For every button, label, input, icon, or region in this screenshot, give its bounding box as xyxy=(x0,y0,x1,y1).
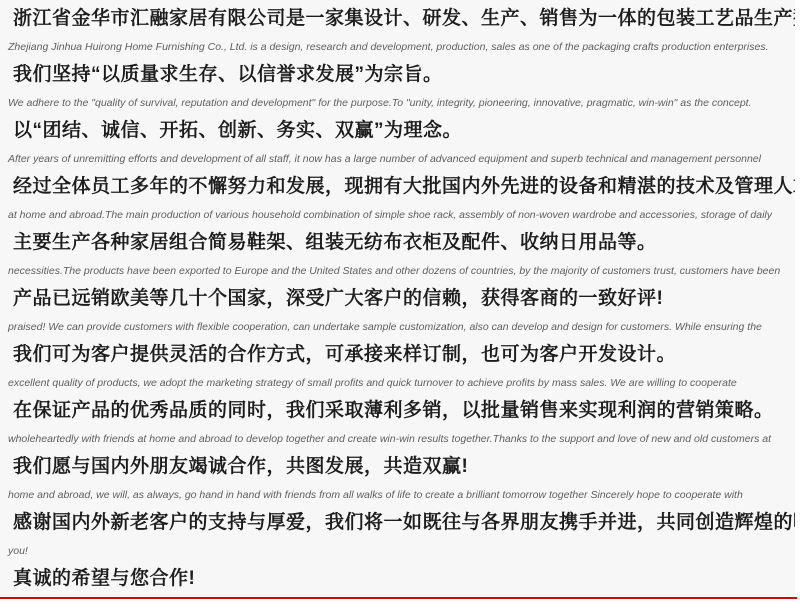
paragraph-cn-text: 浙江省金华市汇融家居有限公司是一家集设计、研发、生产、销售为一体的包装工艺品生产… xyxy=(13,9,795,29)
paragraph-cn-text: 感谢国内外新老客户的支持与厚爱，我们将一如既往与各界朋友携手并进，共同创造辉煌的… xyxy=(13,513,795,533)
paragraph: 我们愿与国内外朋友竭诚合作，共图发展，共造双赢! home and abroad… xyxy=(0,457,795,502)
paragraph-cn-text: 我们坚持“以质量求生存、以信誉求发展”为宗旨。 xyxy=(13,65,795,85)
paragraph: 真诚的希望与您合作! xyxy=(0,569,795,589)
paragraph: 浙江省金华市汇融家居有限公司是一家集设计、研发、生产、销售为一体的包装工艺品生产… xyxy=(0,9,795,54)
paragraph: 在保证产品的优秀品质的同时，我们采取薄利多销，以批量销售来实现利润的营销策略。 … xyxy=(0,401,795,446)
paragraph-cn-text: 真诚的希望与您合作! xyxy=(13,569,795,589)
paragraph-en-text: excellent quality of products, we adopt … xyxy=(8,377,795,390)
paragraph: 主要生产各种家居组合简易鞋架、组装无纺布衣柜及配件、收纳日用品等。 necess… xyxy=(0,233,795,278)
paragraph-en-text: necessities.The products have been expor… xyxy=(8,265,795,278)
company-intro-page: 浙江省金华市汇融家居有限公司是一家集设计、研发、生产、销售为一体的包装工艺品生产… xyxy=(0,0,795,597)
paragraph: 产品已远销欧美等几十个国家，深受广大客户的信赖，获得客商的一致好评! prais… xyxy=(0,289,795,334)
paragraph-en-text: wholeheartedly with friends at home and … xyxy=(8,433,795,446)
paragraph-en-text: Zhejiang Jinhua Huirong Home Furnishing … xyxy=(8,41,795,54)
paragraph-en-text: praised! We can provide customers with f… xyxy=(8,321,795,334)
paragraph: 感谢国内外新老客户的支持与厚爱，我们将一如既往与各界朋友携手并进，共同创造辉煌的… xyxy=(0,513,795,558)
paragraph-en-text: After years of unremitting efforts and d… xyxy=(8,153,795,166)
paragraph-en-text: home and abroad, we will, as always, go … xyxy=(8,489,795,502)
paragraph: 经过全体员工多年的不懈努力和发展，现拥有大批国内外先进的设备和精湛的技术及管理人… xyxy=(0,177,795,222)
paragraph-cn-text: 主要生产各种家居组合简易鞋架、组装无纺布衣柜及配件、收纳日用品等。 xyxy=(13,233,795,253)
paragraph-cn-text: 我们愿与国内外朋友竭诚合作，共图发展，共造双赢! xyxy=(13,457,795,477)
paragraph-cn-text: 我们可为客户提供灵活的合作方式，可承接来样订制，也可为客户开发设计。 xyxy=(13,345,795,365)
paragraph-cn-text: 在保证产品的优秀品质的同时，我们采取薄利多销，以批量销售来实现利润的营销策略。 xyxy=(13,401,795,421)
paragraph: 我们可为客户提供灵活的合作方式，可承接来样订制，也可为客户开发设计。 excel… xyxy=(0,345,795,390)
paragraph-en-text: you! xyxy=(8,545,795,558)
paragraph-cn-text: 以“团结、诚信、开拓、创新、务实、双赢”为理念。 xyxy=(13,121,795,141)
paragraph: 我们坚持“以质量求生存、以信誉求发展”为宗旨。 We adhere to the… xyxy=(0,65,795,110)
paragraph: 以“团结、诚信、开拓、创新、务实、双赢”为理念。 After years of … xyxy=(0,121,795,166)
paragraph-en-text: We adhere to the "quality of survival, r… xyxy=(8,97,795,110)
paragraph-en-text: at home and abroad.The main production o… xyxy=(8,209,795,222)
red-divider-line xyxy=(0,597,797,599)
paragraph-cn-text: 产品已远销欧美等几十个国家，深受广大客户的信赖，获得客商的一致好评! xyxy=(13,289,795,309)
paragraph-cn-text: 经过全体员工多年的不懈努力和发展，现拥有大批国内外先进的设备和精湛的技术及管理人… xyxy=(13,177,795,197)
